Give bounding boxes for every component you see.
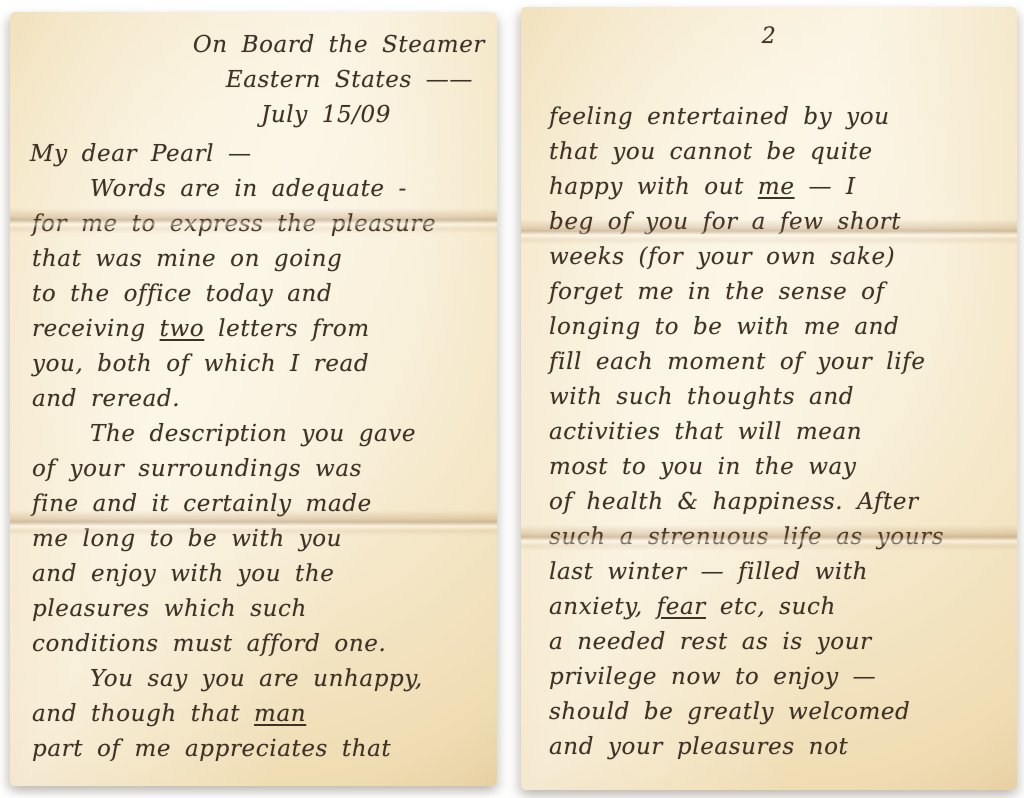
letter-heading: On Board the Steamer Eastern States —— J… bbox=[10, 12, 497, 133]
scanned-letter: On Board the Steamer Eastern States —— J… bbox=[0, 0, 1024, 798]
handwritten-line: such a strenuous life as yours bbox=[549, 520, 1017, 555]
underlined-word: me bbox=[758, 174, 795, 200]
handwritten-line: anxiety, fear etc, such bbox=[549, 590, 1017, 625]
handwritten-line: happy with out me — I bbox=[549, 170, 1017, 205]
heading-date: July 15/09 bbox=[10, 98, 489, 133]
handwritten-line: The description you gave bbox=[32, 417, 497, 452]
page-number: 2 bbox=[521, 7, 1017, 54]
salutation: My dear Pearl — bbox=[10, 133, 497, 172]
handwritten-line: fine and it certainly made bbox=[32, 487, 497, 522]
underlined-word: man bbox=[254, 701, 306, 727]
handwritten-line: for me to express the pleasure bbox=[32, 207, 497, 242]
handwritten-line: of health & happiness. After bbox=[549, 485, 1017, 520]
heading-ship-name: Eastern States —— bbox=[10, 63, 489, 98]
handwritten-line: conditions must afford one. bbox=[32, 627, 497, 662]
handwritten-line: me long to be with you bbox=[32, 522, 497, 557]
letter-page-2: 2 feeling entertained by youthat you can… bbox=[521, 7, 1017, 790]
handwritten-line: and your pleasures not bbox=[549, 730, 1017, 765]
handwritten-line: last winter — filled with bbox=[549, 555, 1017, 590]
handwritten-line: most to you in the way bbox=[549, 450, 1017, 485]
handwritten-line: and reread. bbox=[32, 382, 497, 417]
page-2-body: feeling entertained by youthat you canno… bbox=[521, 100, 1017, 765]
handwritten-line: a needed rest as is your bbox=[549, 625, 1017, 660]
handwritten-line: forget me in the sense of bbox=[549, 275, 1017, 310]
handwritten-line: of your surroundings was bbox=[32, 452, 497, 487]
handwritten-line: activities that will mean bbox=[549, 415, 1017, 450]
handwritten-line: with such thoughts and bbox=[549, 380, 1017, 415]
underlined-word: two bbox=[160, 316, 205, 342]
handwritten-line: pleasures which such bbox=[32, 592, 497, 627]
handwritten-line: that you cannot be quite bbox=[549, 135, 1017, 170]
handwritten-line: and though that man bbox=[32, 697, 497, 732]
handwritten-line: privilege now to enjoy — bbox=[549, 660, 1017, 695]
handwritten-line: you, both of which I read bbox=[32, 347, 497, 382]
heading-location: On Board the Steamer bbox=[10, 28, 489, 63]
handwritten-line: that was mine on going bbox=[32, 242, 497, 277]
handwritten-line: longing to be with me and bbox=[549, 310, 1017, 345]
handwritten-line: fill each moment of your life bbox=[549, 345, 1017, 380]
handwritten-line: and enjoy with you the bbox=[32, 557, 497, 592]
handwritten-line: should be greatly welcomed bbox=[549, 695, 1017, 730]
handwritten-line: feeling entertained by you bbox=[549, 100, 1017, 135]
underlined-word: fear bbox=[657, 594, 706, 620]
handwritten-line: receiving two letters from bbox=[32, 312, 497, 347]
handwritten-line: You say you are unhappy, bbox=[32, 662, 497, 697]
letter-page-1: On Board the Steamer Eastern States —— J… bbox=[10, 12, 497, 786]
handwritten-line: beg of you for a few short bbox=[549, 205, 1017, 240]
handwritten-line: Words are in adequate - bbox=[32, 172, 497, 207]
handwritten-line: weeks (for your own sake) bbox=[549, 240, 1017, 275]
page-1-body: Words are in adequate -for me to express… bbox=[10, 172, 497, 767]
handwritten-line: to the office today and bbox=[32, 277, 497, 312]
handwritten-line: part of me appreciates that bbox=[32, 732, 497, 767]
